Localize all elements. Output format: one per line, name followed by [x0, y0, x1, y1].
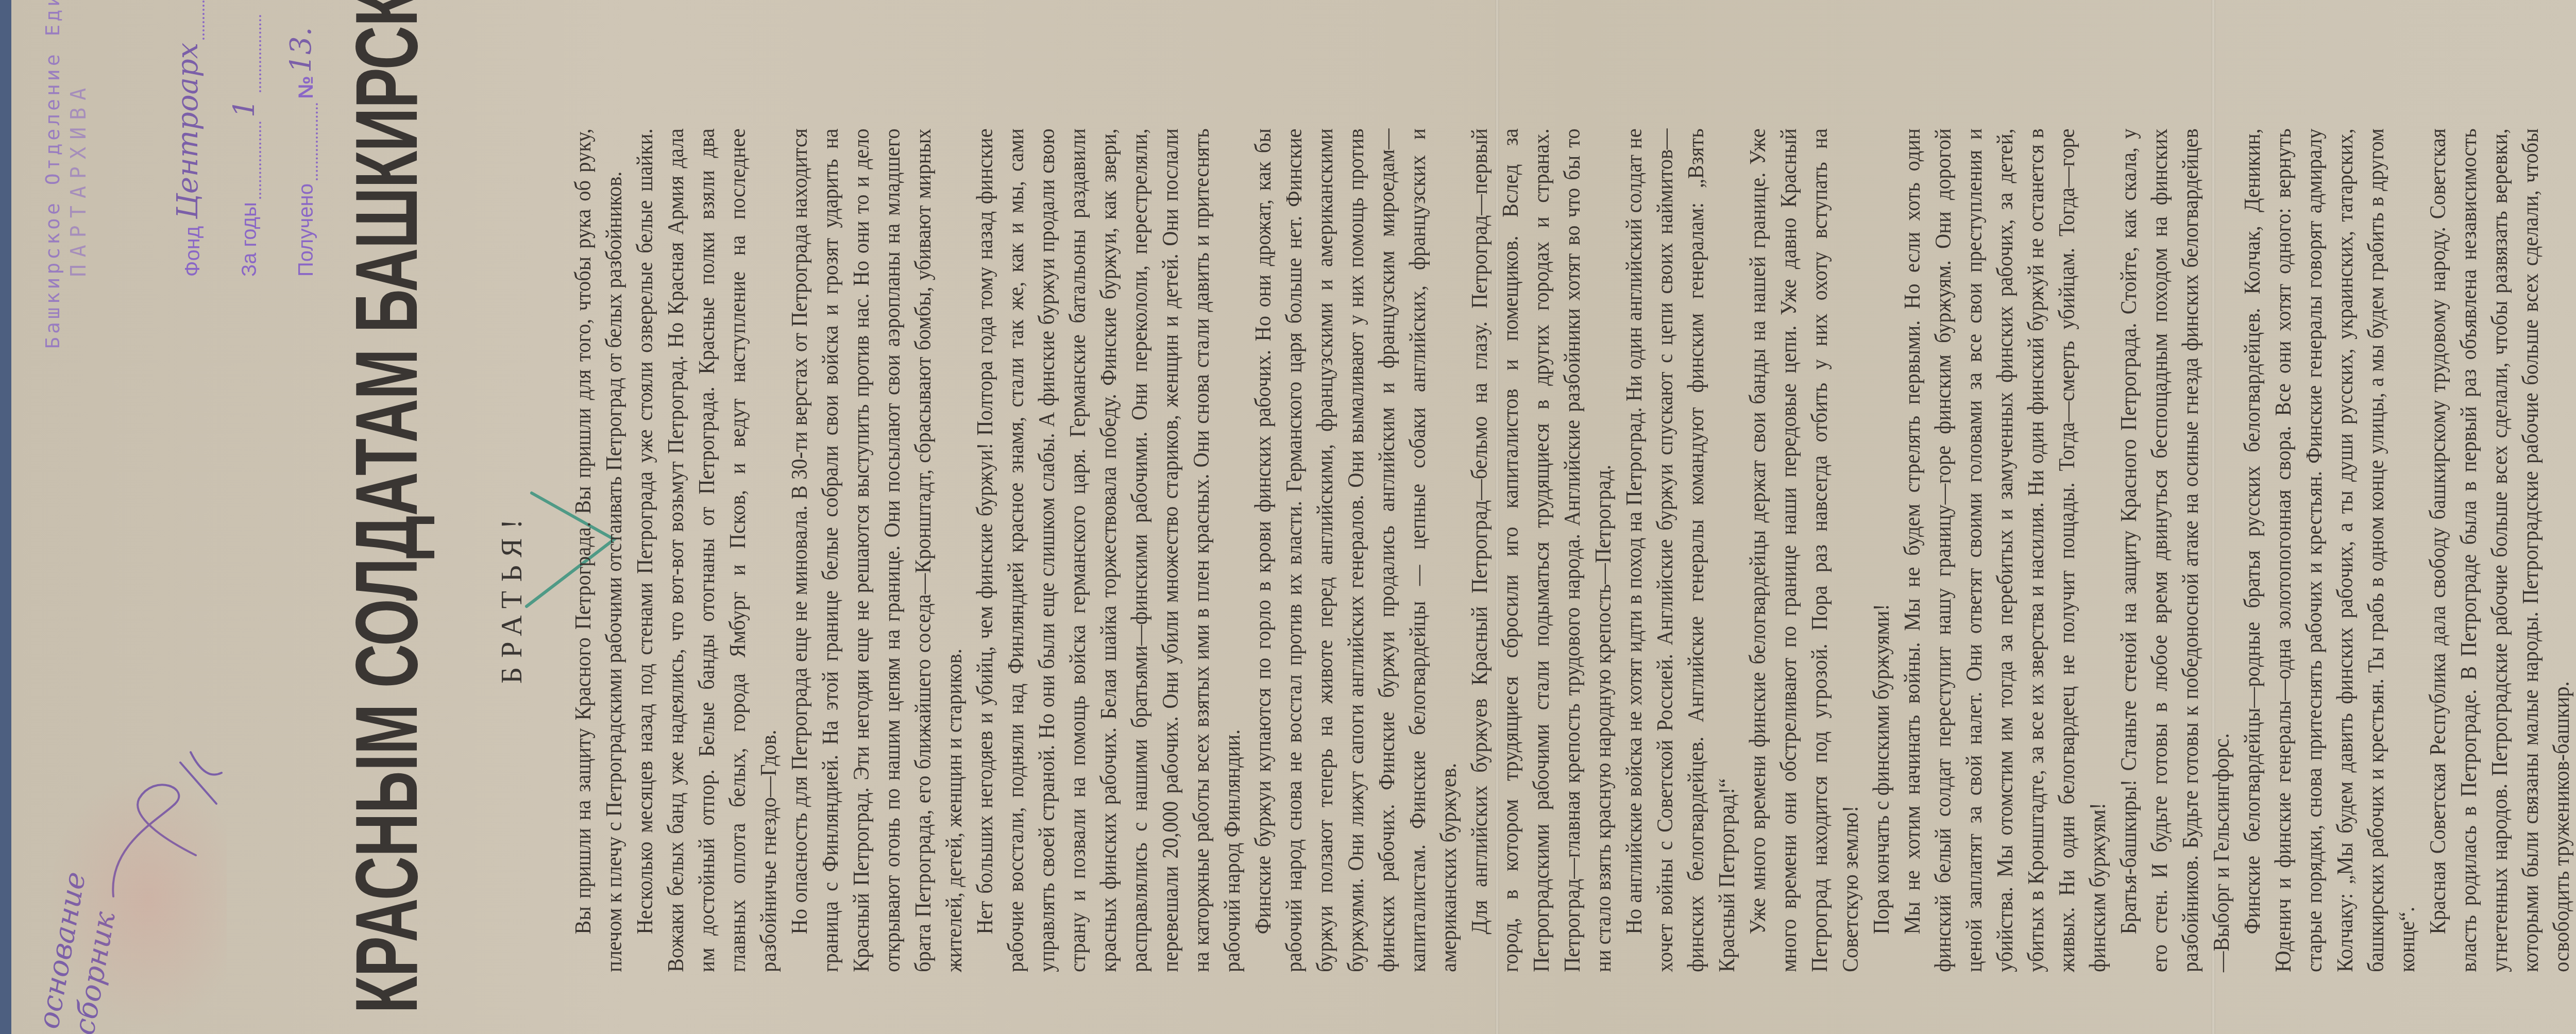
scan-backing-left: [0, 0, 11, 1034]
stamp-dotted-line: [197, 0, 205, 40]
leaflet-body: Вы пришли на защиту Красного Петрограда.…: [568, 128, 2576, 972]
stamp-dotted-line: [254, 15, 261, 92]
stamp-years-field: За годы 1: [228, 15, 261, 277]
stamp-years-label: За годы: [238, 202, 261, 277]
red-stain: [31, 747, 227, 1025]
paragraph: Уже много времени финские белогвардейцы …: [1742, 128, 1866, 972]
rotated-leaflet: Башкирское Отделение Единого ПАРТАРХИВА …: [11, 0, 2576, 1034]
paragraph: Нет больших негодяев и убийц, чем фински…: [970, 128, 1248, 972]
paragraph: Красная Советская Республика дала свобод…: [2422, 128, 2576, 972]
paragraph: Мы не хотим начинать войны. Мы не будем …: [1897, 128, 2113, 972]
stamp-fond-field: Фонд Центроарх: [171, 0, 205, 277]
stamp-organization-archive: ПАРТАРХИВА: [67, 9, 91, 349]
stamp-dotted-line: [311, 103, 318, 180]
stamp-fond-label: Фонд: [181, 226, 205, 277]
paragraph: Финские буржуи купаются по горло в крови…: [1248, 128, 1464, 972]
paragraph: Вы пришли на защиту Красного Петрограда.…: [568, 128, 630, 972]
paragraph: Но опасность для Петрограда еще не минов…: [784, 128, 970, 972]
archive-stamp: Башкирское Отделение Единого ПАРТАРХИВА …: [42, 9, 362, 349]
stamp-organization: Башкирское Отделение Единого: [42, 9, 64, 349]
stamp-dotted-line: [254, 122, 261, 199]
stamp-fond-value: Центроарх: [171, 43, 205, 219]
stamp-number-label: №: [295, 76, 318, 99]
stamp-received-field: Получено № 13.: [284, 27, 318, 277]
leaflet-title: КРАСНЫМ СОЛДАТАМ БАШКИРСКОЙ ДИВИЗИИ.: [336, 35, 437, 1013]
stamp-received-label: Получено: [295, 183, 318, 277]
paragraph: Несколько месяцев назад под стенами Петр…: [630, 128, 784, 972]
paragraph: Финские белогвардейцы—родные братья русс…: [2237, 128, 2422, 972]
stamp-years-value: 1: [228, 99, 261, 118]
paragraph: Пора кончать с финскими буржуями!: [1866, 128, 1897, 972]
greeting-heading: БРАТЬЯ!: [496, 510, 529, 684]
paragraph: Но английские войска не хотят идти в пох…: [1619, 128, 1742, 972]
stamp-number-value: 13.: [284, 27, 318, 73]
paragraph: Для английских буржуев Красный Петроград…: [1464, 128, 1619, 972]
paragraph: Братья-башкиры! Станьте стеной на защиту…: [2113, 128, 2237, 972]
handwritten-notes: основание сборник: [31, 747, 227, 1025]
